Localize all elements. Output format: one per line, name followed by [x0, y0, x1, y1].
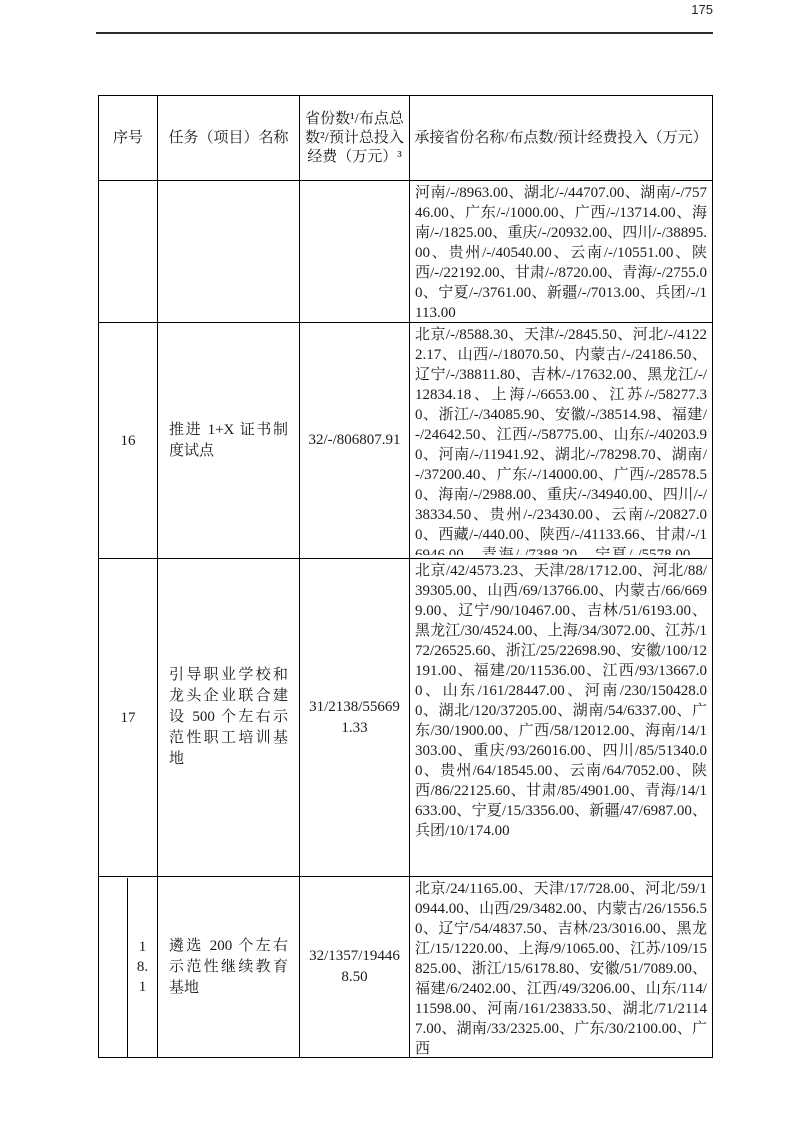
task-cell: 遴选 200 个左右示范性继续教育基地 [158, 877, 300, 1058]
task-cell: 推进 1+X 证书制度试点 [158, 323, 300, 559]
seq-cell: 16 [99, 323, 158, 559]
seq-outer-subcell [99, 878, 128, 1057]
summary-cell [300, 181, 410, 323]
header-summary: 省份数¹/布点总数²/预计总投入经费（万元）³ [300, 96, 410, 181]
task-cell [158, 181, 300, 323]
detail-text: 北京/24/1165.00、天津/17/728.00、河北/59/10944.0… [415, 879, 707, 1055]
detail-text: 河南/-/8963.00、湖北/-/44707.00、湖南/-/75746.00… [415, 183, 707, 319]
header-detail: 承接省份名称/布点数/预计经费投入（万元） [410, 96, 713, 181]
header-seq: 序号 [99, 96, 158, 181]
table-row-continuation: 河南/-/8963.00、湖北/-/44707.00、湖南/-/75746.00… [99, 181, 713, 323]
detail-text: 北京/42/4573.23、天津/28/1712.00、河北/88/39305.… [415, 561, 707, 873]
table-row-18-1: 1 8. 1 遴选 200 个左右示范性继续教育基地 32/1357/19446… [99, 877, 713, 1058]
project-funding-table: 序号 任务（项目）名称 省份数¹/布点总数²/预计总投入经费（万元）³ 承接省份… [98, 95, 713, 1058]
summary-cell: 31/2138/556691.33 [300, 559, 410, 877]
detail-cell: 河南/-/8963.00、湖北/-/44707.00、湖南/-/75746.00… [410, 181, 713, 323]
table-row-16: 16 推进 1+X 证书制度试点 32/-/806807.91 北京/-/858… [99, 323, 713, 559]
seq-split-container: 1 8. 1 [99, 878, 157, 1057]
task-cell: 引导职业学校和龙头企业联合建设 500 个左右示范性职工培训基地 [158, 559, 300, 877]
header-task-name: 任务（项目）名称 [158, 96, 300, 181]
detail-cell: 北京/42/4573.23、天津/28/1712.00、河北/88/39305.… [410, 559, 713, 877]
header-rule [96, 32, 713, 34]
seq-cell [99, 181, 158, 323]
summary-cell: 32/1357/194468.50 [300, 877, 410, 1058]
detail-cell: 北京/-/8588.30、天津/-/2845.50、河北/-/41222.17、… [410, 323, 713, 559]
table-row-17: 17 引导职业学校和龙头企业联合建设 500 个左右示范性职工培训基地 31/2… [99, 559, 713, 877]
detail-text: 北京/-/8588.30、天津/-/2845.50、河北/-/41222.17、… [415, 325, 707, 555]
detail-cell: 北京/24/1165.00、天津/17/728.00、河北/59/10944.0… [410, 877, 713, 1058]
seq-cell-split: 1 8. 1 [99, 877, 158, 1058]
table-header-row: 序号 任务（项目）名称 省份数¹/布点总数²/预计总投入经费（万元）³ 承接省份… [99, 96, 713, 181]
summary-cell: 32/-/806807.91 [300, 323, 410, 559]
page-number: 175 [691, 2, 713, 17]
seq-sub-number: 1 8. 1 [128, 878, 157, 1057]
seq-cell: 17 [99, 559, 158, 877]
